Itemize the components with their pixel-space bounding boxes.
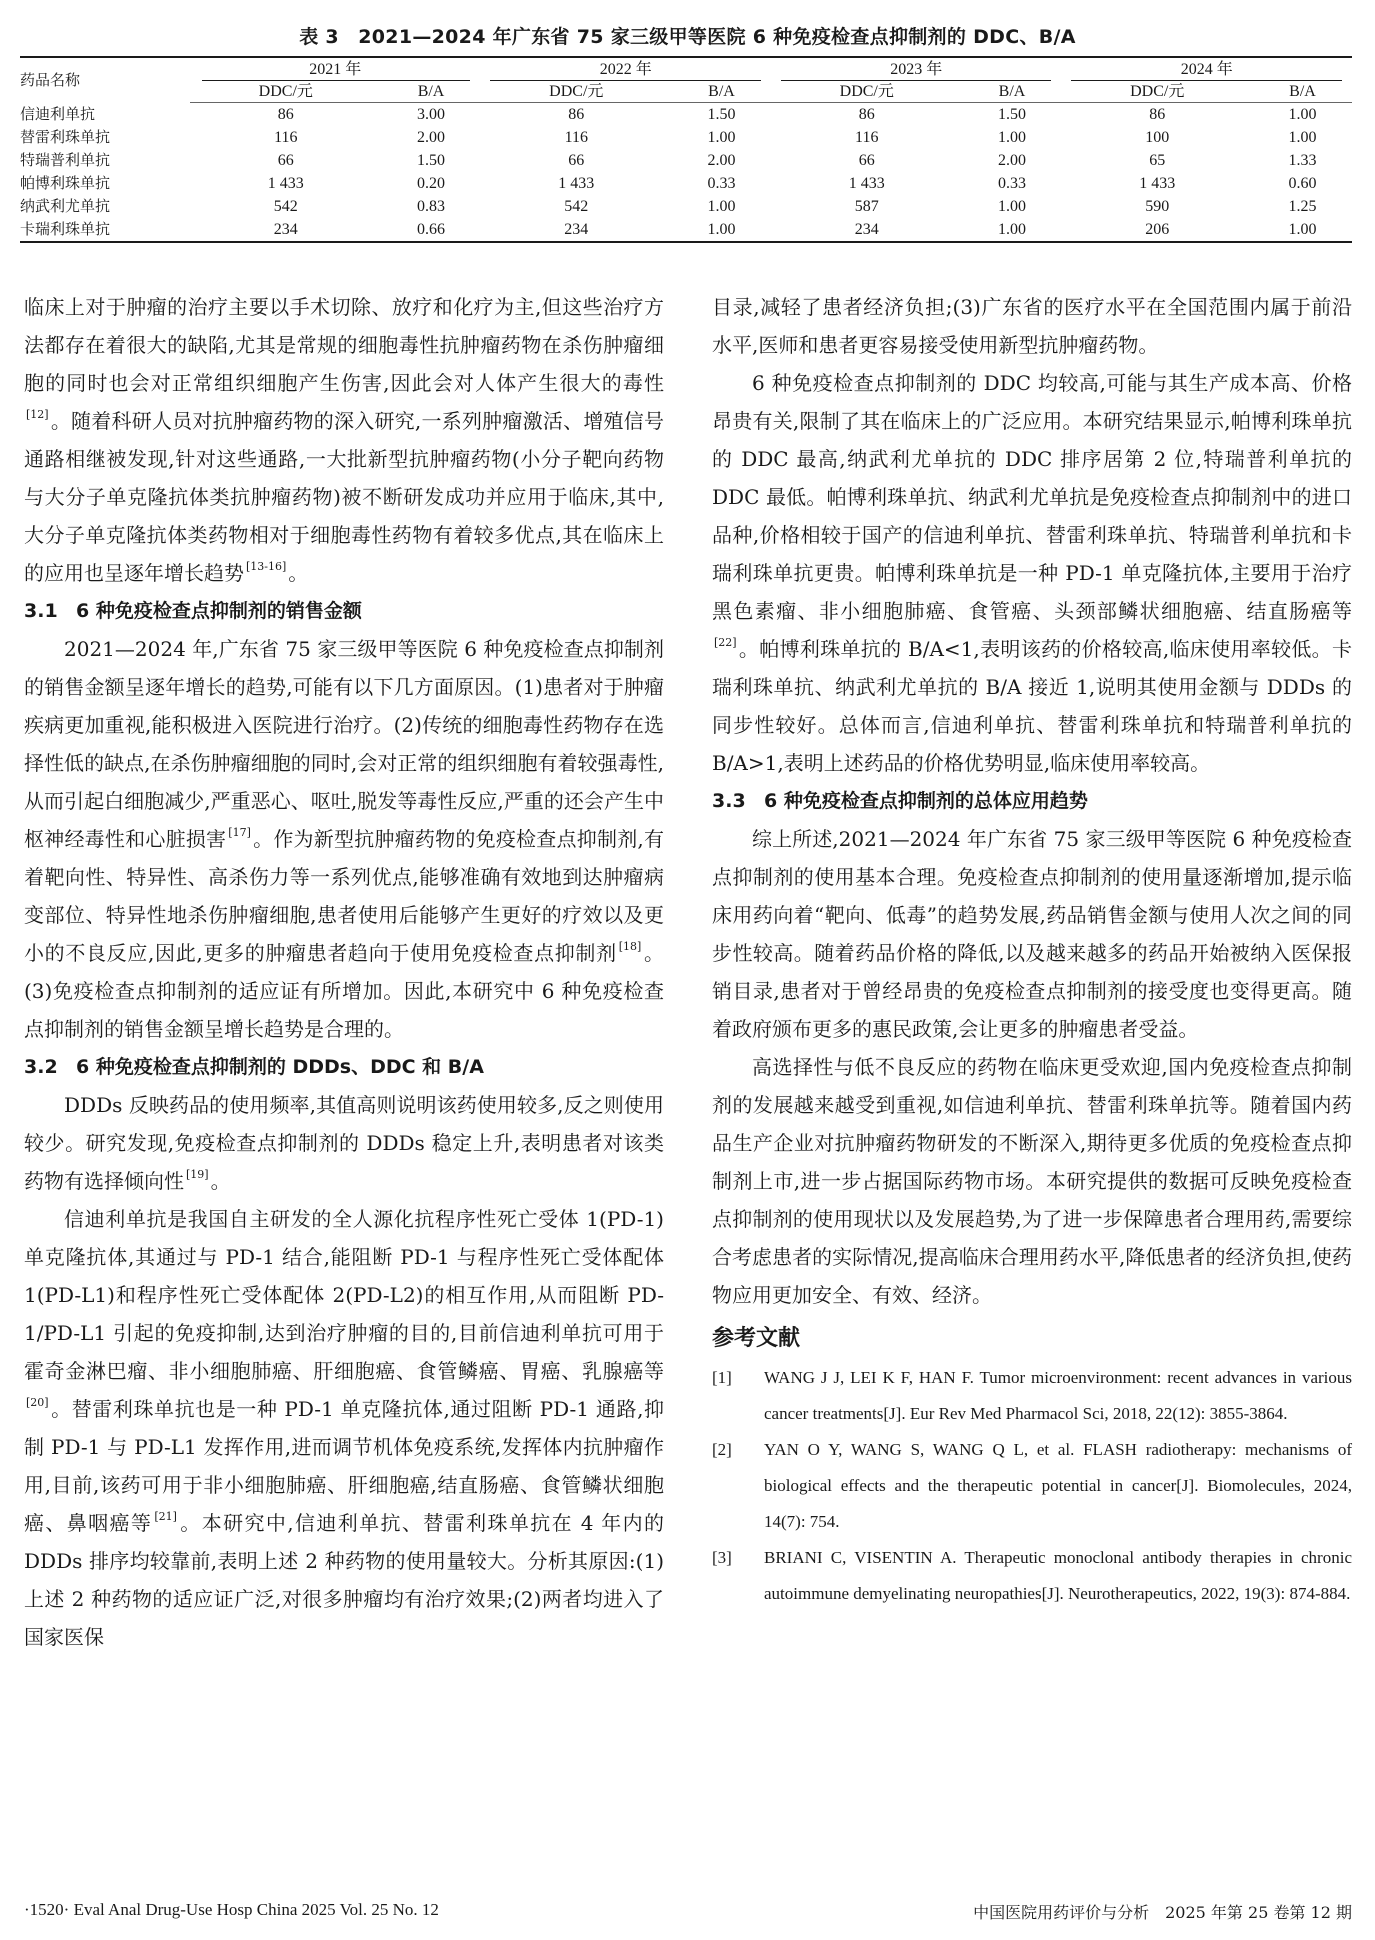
reference-item: [1] WANG J J, LEI K F, HAN F. Tumor micr…	[712, 1360, 1352, 1432]
drug-name: 纳武利尤单抗	[20, 195, 190, 218]
section-heading-3-1: 3.16 种免疫检查点抑制剂的销售金额	[24, 592, 664, 630]
ddc-cell: 86	[480, 103, 672, 127]
ddc-cell: 1 433	[771, 172, 963, 195]
ba-header: B/A	[963, 81, 1062, 103]
reference-index: [1]	[712, 1360, 764, 1432]
ba-cell: 1.00	[672, 218, 771, 242]
year-header-2024: 2024 年	[1061, 57, 1352, 81]
ba-cell: 1.00	[963, 126, 1062, 149]
ba-cell: 1.00	[1253, 103, 1352, 127]
ba-header: B/A	[1253, 81, 1352, 103]
ddc-cell: 234	[480, 218, 672, 242]
ba-cell: 1.50	[963, 103, 1062, 127]
citation: [21]	[154, 1510, 177, 1523]
ba-cell: 0.33	[963, 172, 1062, 195]
body-paragraph: 目录,减轻了患者经济负担;(3)广东省的医疗水平在全国范围内属于前沿水平,医师和…	[712, 288, 1352, 364]
ba-cell: 1.50	[672, 103, 771, 127]
ba-cell: 1.00	[963, 218, 1062, 242]
ddc-header: DDC/元	[1061, 81, 1253, 103]
drug-name: 信迪利单抗	[20, 103, 190, 127]
reference-item: [3] BRIANI C, VISENTIN A. Therapeutic mo…	[712, 1540, 1352, 1612]
ba-cell: 0.66	[382, 218, 481, 242]
ddc-cell: 1 433	[1061, 172, 1253, 195]
footer-journal-cn: 中国医院用药评价与分析 2025 年第 25 卷第 12 期	[973, 1900, 1352, 1923]
left-column: 临床上对于肿瘤的治疗主要以手术切除、放疗和化疗为主,但这些治疗方法都存在着很大的…	[24, 288, 664, 1656]
section-heading-3-2: 3.26 种免疫检查点抑制剂的 DDDs、DDC 和 B/A	[24, 1048, 664, 1086]
body-paragraph: DDDs 反映药品的使用频率,其值高则说明该药使用较多,反之则使用较少。研究发现…	[24, 1086, 664, 1200]
ddc-cell: 1 433	[480, 172, 672, 195]
year-header-2023: 2023 年	[771, 57, 1061, 81]
citation: [19]	[186, 1168, 209, 1181]
right-column: 目录,减轻了患者经济负担;(3)广东省的医疗水平在全国范围内属于前沿水平,医师和…	[712, 288, 1352, 1612]
ddc-header: DDC/元	[190, 81, 382, 103]
table-row: 信迪利单抗 86 3.00 86 1.50 86 1.50 86 1.00	[20, 103, 1352, 127]
section-heading-3-3: 3.36 种免疫检查点抑制剂的总体应用趋势	[712, 782, 1352, 820]
ba-header: B/A	[672, 81, 771, 103]
table-caption: 表 3 2021—2024 年广东省 75 家三级甲等医院 6 种免疫检查点抑制…	[0, 22, 1375, 49]
drug-name: 卡瑞利珠单抗	[20, 218, 190, 242]
drug-name-header: 药品名称	[20, 57, 190, 103]
ddc-cell: 234	[771, 218, 963, 242]
ddc-cell: 65	[1061, 149, 1253, 172]
ddc-header: DDC/元	[771, 81, 963, 103]
body-paragraph: 高选择性与低不良反应的药物在临床更受欢迎,国内免疫检查点抑制剂的发展越来越受到重…	[712, 1048, 1352, 1314]
ba-cell: 1.25	[1253, 195, 1352, 218]
body-paragraph: 信迪利单抗是我国自主研发的全人源化抗程序性死亡受体 1(PD-1)单克隆抗体,其…	[24, 1200, 664, 1656]
citation: [17]	[228, 826, 251, 839]
ba-cell: 1.00	[1253, 218, 1352, 242]
ddc-cell: 206	[1061, 218, 1253, 242]
ba-cell: 1.00	[963, 195, 1062, 218]
ddc-cell: 86	[771, 103, 963, 127]
table-row: 特瑞普利单抗 66 1.50 66 2.00 66 2.00 65 1.33	[20, 149, 1352, 172]
ba-cell: 0.33	[672, 172, 771, 195]
ba-cell: 1.50	[382, 149, 481, 172]
ba-cell: 1.00	[672, 195, 771, 218]
table-row: 卡瑞利珠单抗 234 0.66 234 1.00 234 1.00 206 1.…	[20, 218, 1352, 242]
drug-name: 替雷利珠单抗	[20, 126, 190, 149]
ba-cell: 1.00	[672, 126, 771, 149]
ddc-cell: 66	[771, 149, 963, 172]
body-paragraph: 6 种免疫检查点抑制剂的 DDC 均较高,可能与其生产成本高、价格昂贵有关,限制…	[712, 364, 1352, 782]
reference-text: BRIANI C, VISENTIN A. Therapeutic monocl…	[764, 1540, 1352, 1612]
footer-journal-en: ·1520· Eval Anal Drug-Use Hosp China 202…	[24, 1900, 439, 1920]
ddc-header: DDC/元	[480, 81, 672, 103]
reference-item: [2] YAN O Y, WANG S, WANG Q L, et al. FL…	[712, 1432, 1352, 1540]
ba-cell: 0.83	[382, 195, 481, 218]
ba-cell: 2.00	[672, 149, 771, 172]
year-header-2022: 2022 年	[480, 57, 770, 81]
body-paragraph: 综上所述,2021—2024 年广东省 75 家三级甲等医院 6 种免疫检查点抑…	[712, 820, 1352, 1048]
citation: [20]	[26, 1396, 49, 1409]
table-row: 替雷利珠单抗 116 2.00 116 1.00 116 1.00 100 1.…	[20, 126, 1352, 149]
ddc-cell: 86	[1061, 103, 1253, 127]
ba-cell: 0.60	[1253, 172, 1352, 195]
citation: [13-16]	[246, 560, 286, 573]
ba-cell: 1.33	[1253, 149, 1352, 172]
citation: [18]	[619, 940, 642, 953]
ba-cell: 0.20	[382, 172, 481, 195]
table-row: 纳武利尤单抗 542 0.83 542 1.00 587 1.00 590 1.…	[20, 195, 1352, 218]
ba-header: B/A	[382, 81, 481, 103]
body-paragraph: 2021—2024 年,广东省 75 家三级甲等医院 6 种免疫检查点抑制剂的销…	[24, 630, 664, 1048]
ddc-cell: 66	[190, 149, 382, 172]
ddc-cell: 100	[1061, 126, 1253, 149]
ddc-cell: 86	[190, 103, 382, 127]
ddc-cell: 542	[190, 195, 382, 218]
ba-cell: 3.00	[382, 103, 481, 127]
ddc-cell: 1 433	[190, 172, 382, 195]
reference-text: WANG J J, LEI K F, HAN F. Tumor microenv…	[764, 1360, 1352, 1432]
ddc-cell: 542	[480, 195, 672, 218]
body-paragraph: 临床上对于肿瘤的治疗主要以手术切除、放疗和化疗为主,但这些治疗方法都存在着很大的…	[24, 288, 664, 592]
ba-cell: 1.00	[1253, 126, 1352, 149]
ddc-ba-table: 药品名称 2021 年 2022 年 2023 年 2024 年 DDC/元 B…	[20, 56, 1352, 243]
drug-name: 帕博利珠单抗	[20, 172, 190, 195]
ddc-cell: 116	[480, 126, 672, 149]
year-header-2021: 2021 年	[190, 57, 480, 81]
table-row: 帕博利珠单抗 1 433 0.20 1 433 0.33 1 433 0.33 …	[20, 172, 1352, 195]
reference-index: [2]	[712, 1432, 764, 1540]
reference-index: [3]	[712, 1540, 764, 1612]
ba-cell: 2.00	[382, 126, 481, 149]
ddc-cell: 590	[1061, 195, 1253, 218]
reference-text: YAN O Y, WANG S, WANG Q L, et al. FLASH …	[764, 1432, 1352, 1540]
ddc-cell: 116	[771, 126, 963, 149]
citation: [12]	[26, 408, 49, 421]
ddc-cell: 234	[190, 218, 382, 242]
ddc-cell: 116	[190, 126, 382, 149]
ba-cell: 2.00	[963, 149, 1062, 172]
references-heading: 参考文献	[712, 1318, 1352, 1360]
ddc-cell: 66	[480, 149, 672, 172]
ddc-cell: 587	[771, 195, 963, 218]
drug-name: 特瑞普利单抗	[20, 149, 190, 172]
citation: [22]	[714, 636, 737, 649]
